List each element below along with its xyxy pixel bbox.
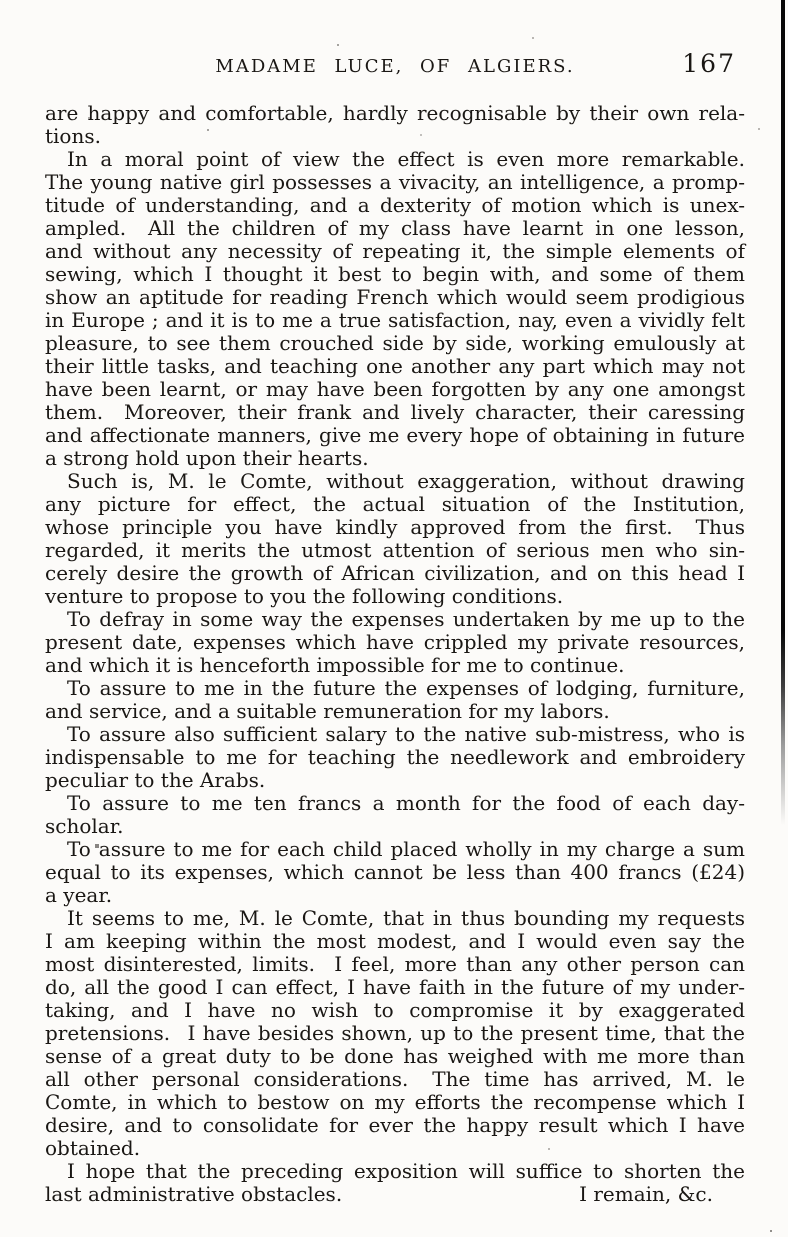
text-line: equal to its expenses, which cannot be l…: [45, 861, 745, 884]
text-line: To assure to me ten francs a month for t…: [45, 792, 745, 815]
text-line: whose principle you have kindly approved…: [45, 516, 745, 539]
text-line: show an aptitude for reading French whic…: [45, 286, 745, 309]
text-line: taking, and I have no wish to compromise…: [45, 999, 745, 1022]
closing-left-text: last administrative obstacles.: [45, 1183, 342, 1206]
text-line: indispensable to me for teaching the nee…: [45, 746, 745, 769]
text-line: Such is, M. le Comte, without exaggerati…: [45, 470, 745, 493]
text-block: are happy and comfortable, hardly recogn…: [45, 102, 745, 1206]
text-line: any picture for effect, the actual situa…: [45, 493, 745, 516]
text-line: a strong hold upon their hearts.: [45, 447, 745, 470]
text-line: peculiar to the Arabs.: [45, 769, 745, 792]
text-line: obtained.: [45, 1137, 745, 1160]
text-line: ampled. All the children of my class hav…: [45, 217, 745, 240]
text-line: The young native girl possesses a vivaci…: [45, 171, 745, 194]
text-line: tions.: [45, 125, 745, 148]
body-lines: are happy and comfortable, hardly recogn…: [45, 102, 745, 1183]
running-title: MADAME LUCE, OF ALGIERS.: [45, 55, 745, 81]
text-line: I am keeping within the most modest, and…: [45, 930, 745, 953]
text-line: desire, and to consolidate for ever the …: [45, 1114, 745, 1137]
text-line: a year.: [45, 884, 745, 907]
text-line: pretensions. I have besides shown, up to…: [45, 1022, 745, 1045]
text-line: cerely desire the growth of African civi…: [45, 562, 745, 585]
text-line: and without any necessity of repeating i…: [45, 240, 745, 263]
page-number: 167: [682, 50, 736, 78]
text-line: To assure to me in the future the expens…: [45, 677, 745, 700]
text-line: present date, expenses which have crippl…: [45, 631, 745, 654]
book-page: MADAME LUCE, OF ALGIERS. 167 are happy a…: [0, 0, 788, 1237]
text-line: are happy and comfortable, hardly recogn…: [45, 102, 745, 125]
scan-noise: [0, 0, 2, 2]
text-line: In a moral point of view the effect is e…: [45, 148, 745, 171]
text-line: all other personal considerations. The t…: [45, 1068, 745, 1091]
text-line: have been learnt, or may have been forgo…: [45, 378, 745, 401]
text-line: pleasure, to see them crouched side by s…: [45, 332, 745, 355]
text-line: do, all the good I can effect, I have fa…: [45, 976, 745, 999]
text-line: To defray in some way the expenses under…: [45, 608, 745, 631]
text-line: and service, and a suitable remuneration…: [45, 700, 745, 723]
text-line: scholar.: [45, 815, 745, 838]
text-line: sense of a great duty to be done has wei…: [45, 1045, 745, 1068]
text-line: and affectionate manners, give me every …: [45, 424, 745, 447]
text-line: sewing, which I thought it best to begin…: [45, 263, 745, 286]
closing-line: last administrative obstacles. I remain,…: [45, 1183, 745, 1206]
text-line: and which it is henceforth impossible fo…: [45, 654, 745, 677]
text-line: in Europe ; and it is to me a true satis…: [45, 309, 745, 332]
text-line: most disinterested, limits. I feel, more…: [45, 953, 745, 976]
text-line: them. Moreover, their frank and lively c…: [45, 401, 745, 424]
text-line: their little tasks, and teaching one ano…: [45, 355, 745, 378]
closing-right-text: I remain, &c.: [579, 1183, 713, 1206]
text-line: It seems to me, M. le Comte, that in thu…: [45, 907, 745, 930]
page-edge-line: [781, 0, 785, 830]
text-line: regarded, it merits the utmost attention…: [45, 539, 745, 562]
text-line: I hope that the preceding exposition wil…: [45, 1160, 745, 1183]
text-line: To assure also sufficient salary to the …: [45, 723, 745, 746]
text-line: venture to propose to you the following …: [45, 585, 745, 608]
text-line: titude of understanding, and a dexterity…: [45, 194, 745, 217]
text-line: Comte, in which to bestow on my efforts …: [45, 1091, 745, 1114]
text-line: To assure to me for each child placed wh…: [45, 838, 745, 861]
